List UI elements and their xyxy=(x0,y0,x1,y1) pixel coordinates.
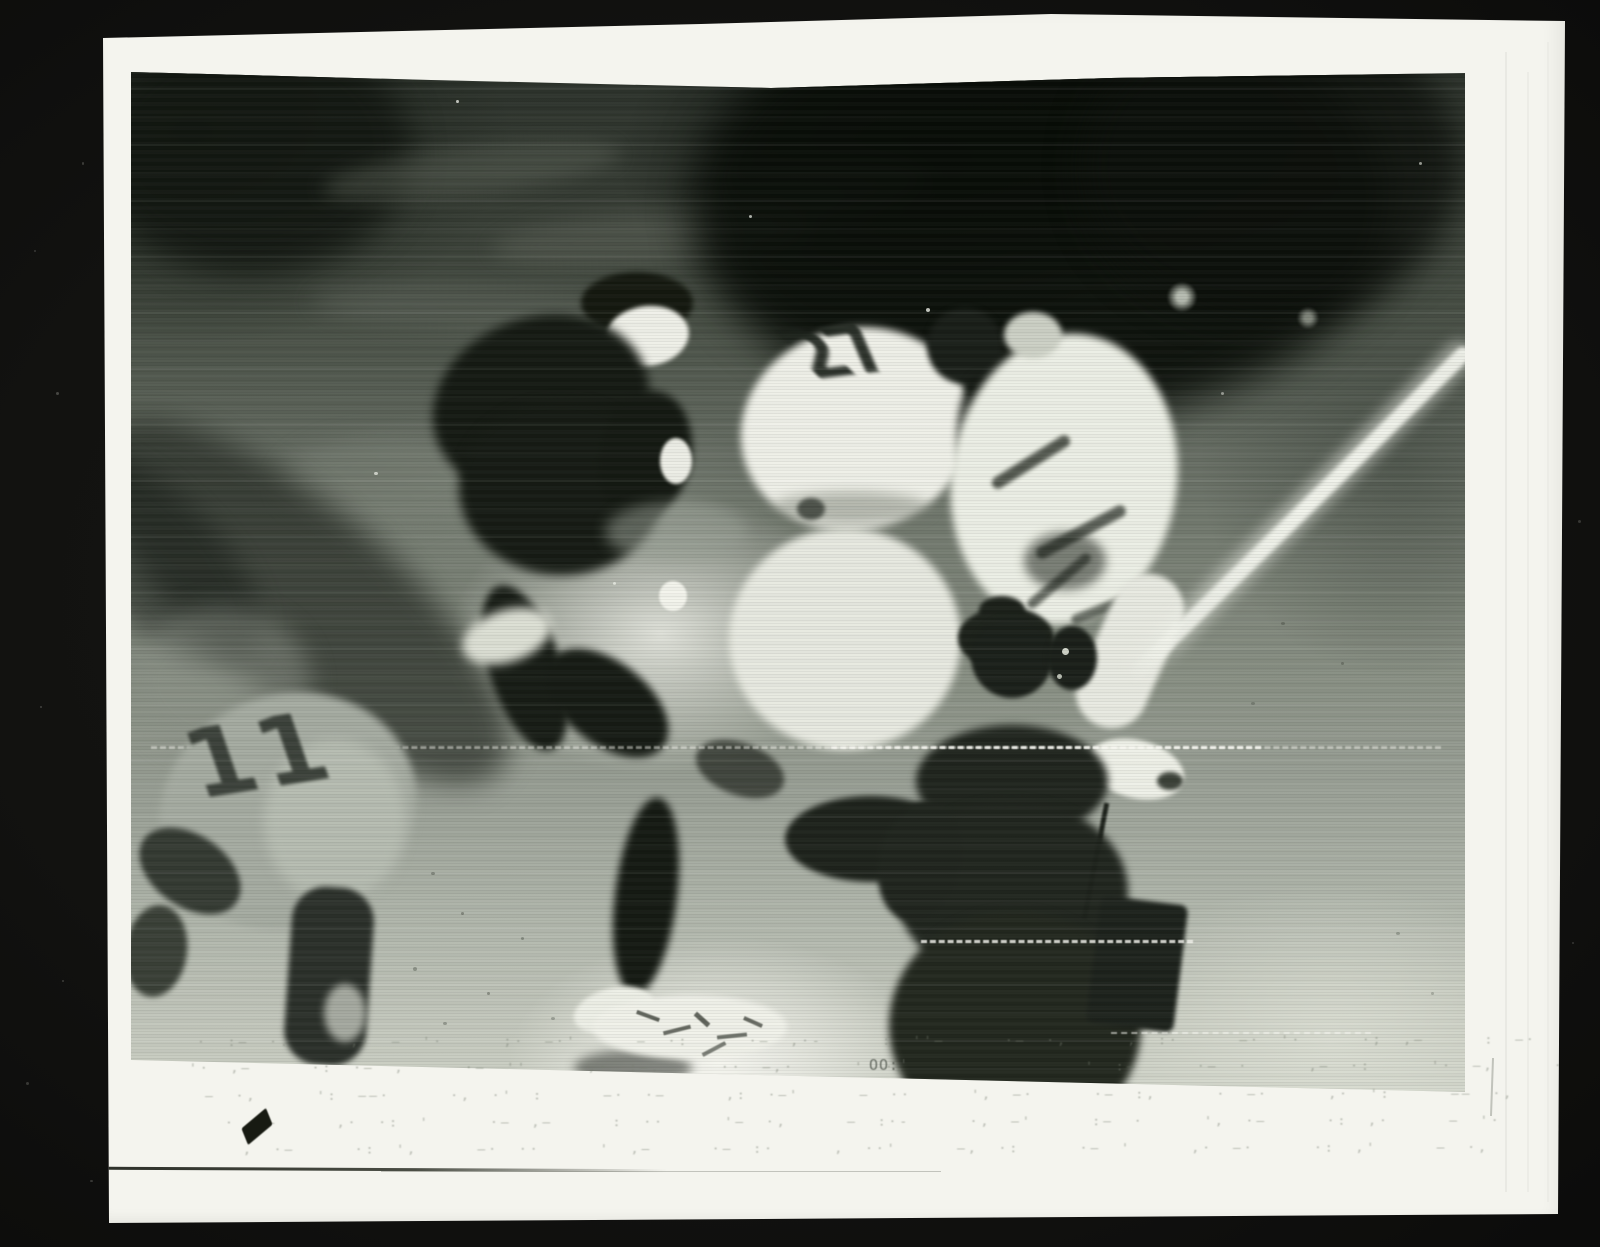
caption-line: , ·– ·: ', –· ·· ' ,– ·– :· , ··' –, ·: … xyxy=(243,1141,1489,1157)
dirt-speckle xyxy=(413,967,417,971)
dust-speck xyxy=(1578,520,1581,523)
shin-guard-shadow xyxy=(688,729,792,809)
stands-shadow-blob xyxy=(91,32,411,272)
umpire-shin xyxy=(603,794,689,998)
runner-waist-shadow xyxy=(1024,532,1106,590)
scanned-press-photo: 27 xyxy=(0,0,1600,1247)
dirt-speckle xyxy=(1341,662,1344,665)
paper-scan-streak xyxy=(1527,72,1529,1192)
camera-highlight xyxy=(1062,648,1069,655)
dust-speck xyxy=(34,250,36,252)
light-flare-dot xyxy=(1297,307,1319,329)
film-speck xyxy=(456,100,459,103)
dirt-speckle xyxy=(1281,622,1285,625)
caption-line: · ;– ,· ·: ' ·– ,– : ·· '– ·, – :·- ·, –… xyxy=(225,1114,1600,1130)
belt-shadow xyxy=(797,498,825,520)
blurred-baseball xyxy=(1167,282,1197,312)
dirt-speckle xyxy=(443,1022,447,1025)
player-11-leg-highlight xyxy=(324,984,366,1042)
umpire-ball-highlight xyxy=(659,581,687,611)
dust-speck xyxy=(1572,942,1574,944)
jersey-number-11: 11 xyxy=(172,699,346,814)
dirt-speckle xyxy=(521,937,524,940)
caption-line: – ·, ': ––· ·, ·' : –· ·– ,: ·–' – ·· ',… xyxy=(205,1087,1600,1104)
camera-highlight xyxy=(1057,674,1062,679)
dust-speck xyxy=(62,980,64,982)
transmission-artifact-line xyxy=(831,746,1261,749)
camera xyxy=(1047,626,1097,690)
film-speck xyxy=(1221,392,1224,395)
runner-helmet xyxy=(1004,312,1062,358)
photo-paper: 27 xyxy=(101,12,1567,1224)
dust-speck xyxy=(40,706,42,708)
dirt-speckle xyxy=(1396,932,1400,935)
film-speck xyxy=(749,215,752,218)
photograph-image: 27 xyxy=(131,62,1465,1094)
transmission-artifact-line xyxy=(921,940,1193,943)
paper-scan-streak xyxy=(1547,42,1549,1202)
camera-bag xyxy=(1086,895,1189,1033)
umpire-hand xyxy=(660,438,692,484)
ground-light-band xyxy=(605,502,747,562)
player-11-forearm xyxy=(119,901,193,1001)
film-speck xyxy=(926,308,930,312)
film-speck xyxy=(1419,162,1422,165)
dirt-speckle xyxy=(551,1017,555,1020)
ink-mark xyxy=(241,1108,272,1145)
dirt-speckle xyxy=(1251,702,1255,705)
dirt-speckle xyxy=(431,872,435,875)
player-27-lower-body xyxy=(729,528,961,750)
dark-backdrop xyxy=(1081,12,1461,322)
scratch-line-tail xyxy=(381,1171,941,1172)
paper-scan-streak xyxy=(1505,52,1507,1192)
dust-speck xyxy=(82,162,84,165)
dust-speck xyxy=(26,1082,29,1085)
dust-speck xyxy=(56,392,59,395)
photographer-head xyxy=(971,616,1053,698)
caption-legible-fragment: OO:' xyxy=(869,1056,909,1074)
dirt-speckle xyxy=(461,912,464,915)
dirt-speckle xyxy=(487,992,490,995)
film-speck xyxy=(613,582,616,585)
caption-line: · :– ·. ,· – '· ;· –·' – ·: ·– ,·- : ''–… xyxy=(197,1033,1600,1050)
runner-shoe-toe xyxy=(1157,772,1183,790)
dust-speck xyxy=(90,1180,93,1182)
uniform-crease-shadow xyxy=(771,492,931,524)
film-speck xyxy=(374,472,378,475)
dirt-speckle xyxy=(1431,992,1434,995)
